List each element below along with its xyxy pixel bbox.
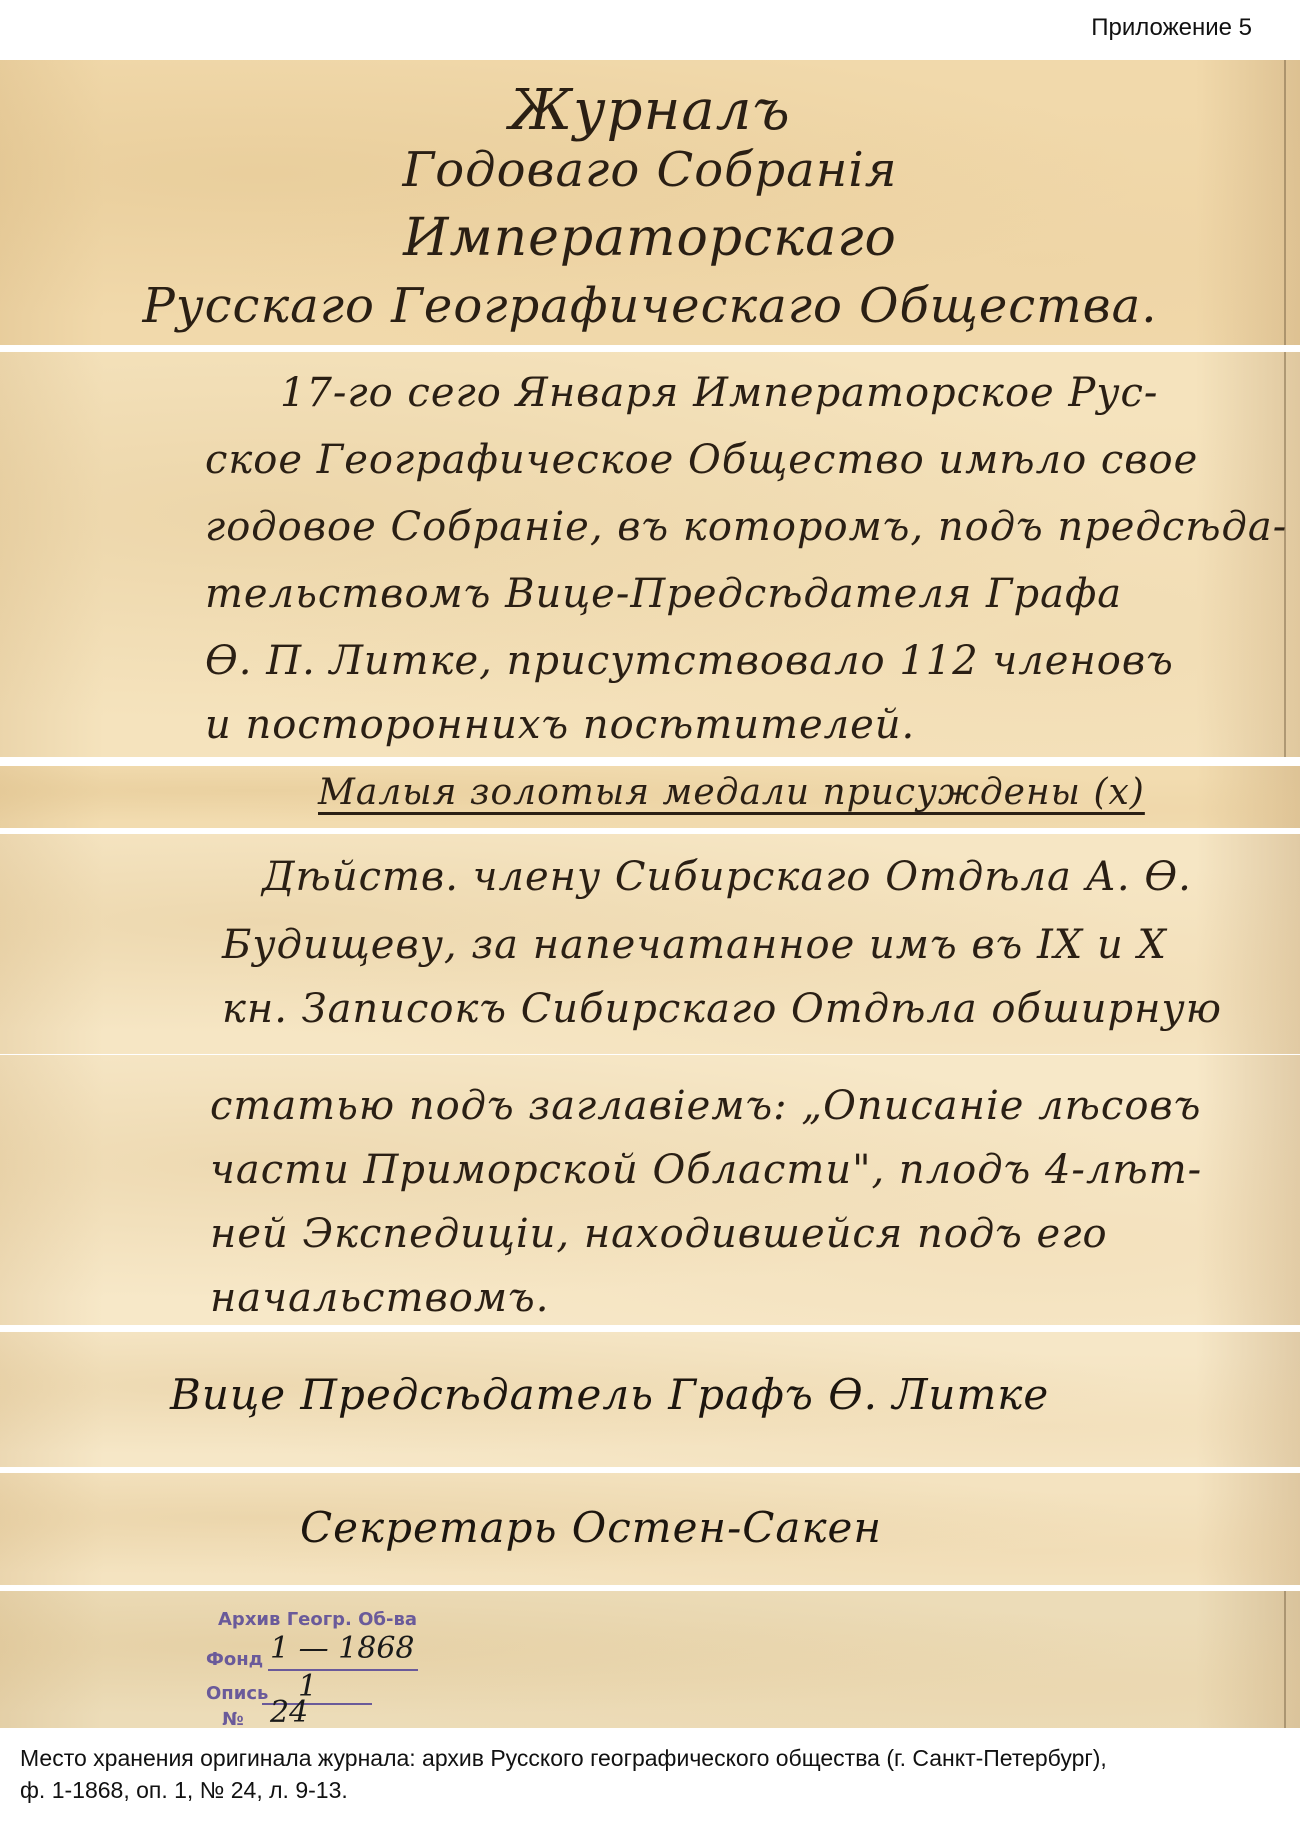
archive-caption: Место хранения оригинала журнала: архив … [20,1742,1290,1806]
caption-line-1: Место хранения оригинала журнала: архив … [20,1742,1290,1774]
paragraph-3-strip: статью подъ заглавіемъ: „Описаніе лѣсовъ… [0,1055,1300,1325]
p1-line-2: ское Географическое Общество имѣло свое [205,437,1198,483]
paragraph-2-strip: Дѣйств. члену Сибирскаго Отдѣла А. Ѳ. Бу… [0,834,1300,1054]
stamp-header: Архив Геогр. Об-ва [218,1609,417,1630]
secretary-signature: Секретарь Остен-Сакен [300,1503,882,1552]
secretary-signature-strip: Секретарь Остен-Сакен [0,1473,1300,1585]
vice-president-signature-strip: Вице Предсѣдатель Графъ Ѳ. Литке [0,1332,1300,1467]
p2-line-2: Будищеву, за напечатанное имъ въ IX и X [222,922,1167,968]
title-line-2: Годоваго Собранія [0,142,1300,198]
p3-line-1: статью подъ заглавіемъ: „Описаніе лѣсовъ [210,1083,1201,1129]
stamp-fond-value: 1 — 1868 [270,1631,415,1666]
stamp-fond-label: Фонд [206,1649,263,1670]
stamp-opis-label: Опись [206,1683,268,1704]
section-heading: Малыя золотыя медали присуждены (х) [318,772,1145,813]
margin-rule [1284,1591,1286,1728]
p2-line-1: Дѣйств. члену Сибирскаго Отдѣла А. Ѳ. [262,854,1192,900]
p3-line-3: ней Экспедиціи, находившейся подъ его [210,1211,1108,1257]
p3-line-4: начальствомъ. [210,1275,549,1321]
p3-line-2: части Приморской Области", плодъ 4-лѣт- [210,1147,1202,1193]
caption-line-2: ф. 1-1868, оп. 1, № 24, л. 9-13. [20,1774,1290,1806]
p1-line-1: 17-го сего Января Императорское Рус- [280,370,1158,416]
section-heading-strip: Малыя золотыя медали присуждены (х) [0,766,1300,828]
p2-line-3: кн. Записокъ Сибирскаго Отдѣла обширную [222,986,1222,1032]
title-line-3: Императорскаго [0,208,1300,268]
stamp-number-value: 24 [270,1695,308,1728]
paragraph-1-strip: 17-го сего Января Императорское Рус- ско… [0,352,1300,757]
p1-line-5: Ѳ. П. Литке, присутствовало 112 членовъ [205,638,1174,684]
p1-line-6: и постороннихъ посѣтителей. [205,702,915,748]
title-line-1: Журналъ [0,78,1300,143]
archive-stamp-strip: Архив Геогр. Об-ва Фонд 1 — 1868 Опись 1… [0,1591,1300,1728]
stamp-fond-rule [268,1669,418,1671]
margin-rule [1284,352,1286,757]
appendix-label: Приложение 5 [1091,14,1252,42]
title-strip: Журналъ Годоваго Собранія Императорскаго… [0,60,1300,345]
vice-president-signature: Вице Предсѣдатель Графъ Ѳ. Литке [170,1370,1049,1419]
title-line-4: Русскаго Географическаго Общества. [0,278,1300,334]
p1-line-4: тельствомъ Вице-Предсѣдателя Графа [205,571,1122,617]
p1-line-3: годовое Собраніе, въ которомъ, подъ пред… [205,504,1287,550]
stamp-number-label: № [222,1709,244,1728]
